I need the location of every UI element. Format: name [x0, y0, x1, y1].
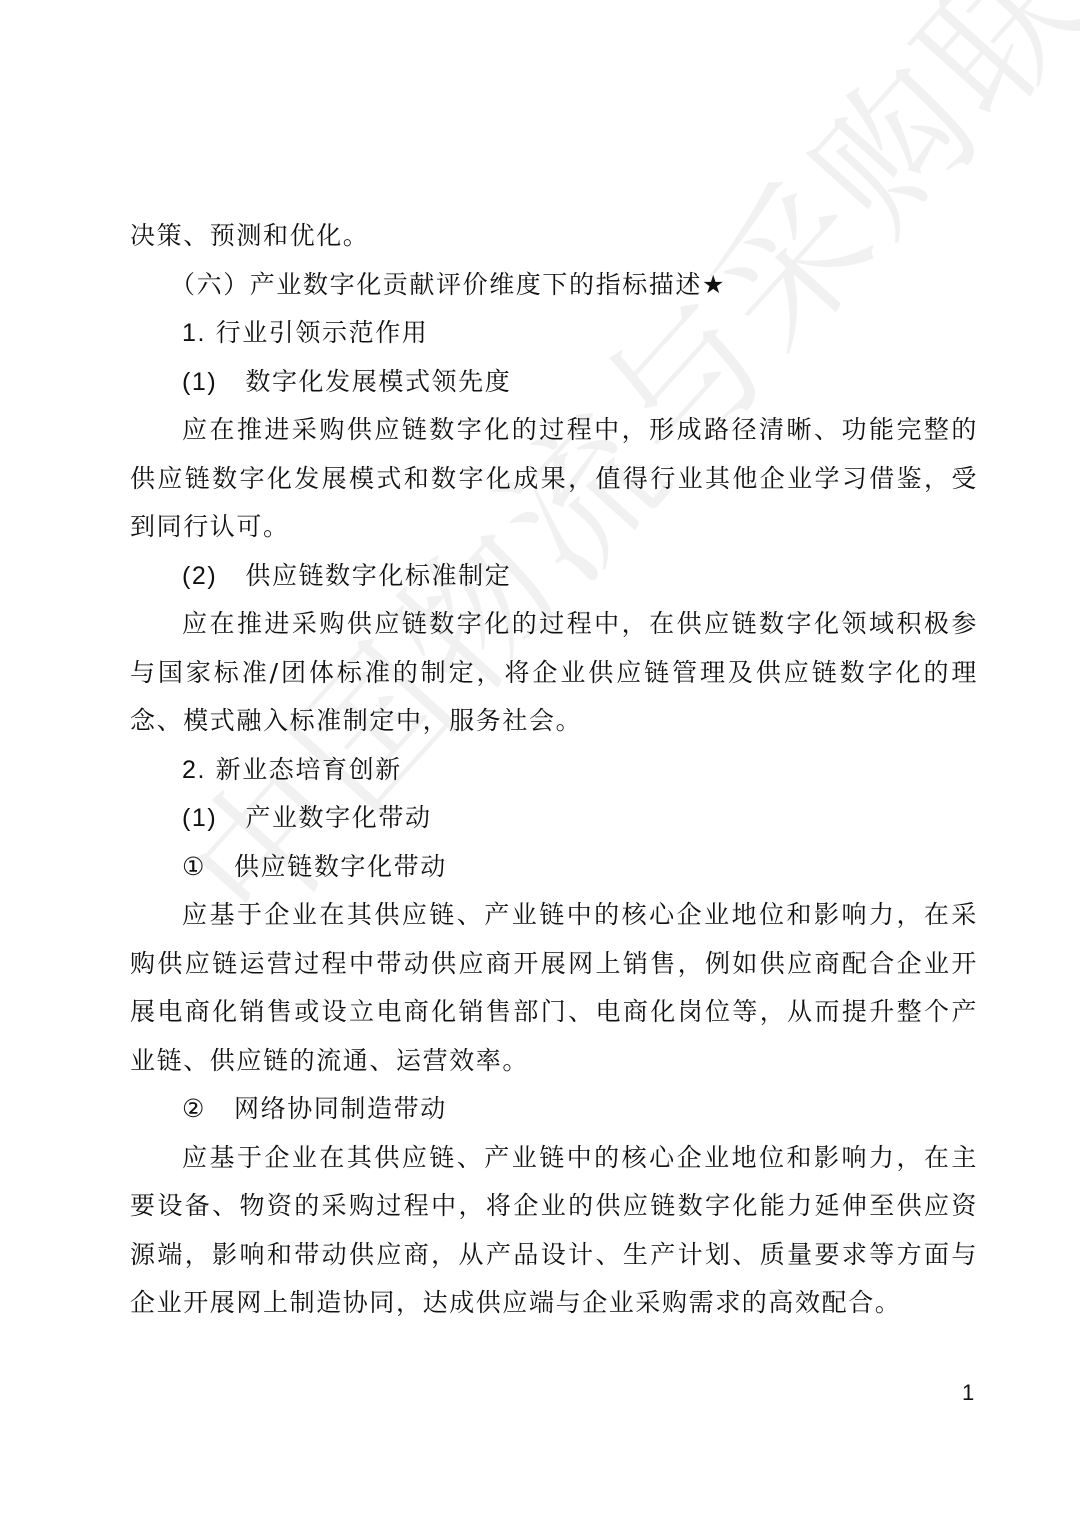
heading-level-3: ②网络协同制造带动 [130, 1085, 978, 1134]
heading-level-1: 1. 行业引领示范作用 [130, 309, 978, 358]
heading-number: ② [182, 1085, 206, 1134]
heading-number: (1) [182, 794, 217, 843]
heading-number: (2) [182, 552, 217, 601]
heading-number: 2. [182, 756, 206, 784]
heading-title: 网络协同制造带动 [234, 1094, 447, 1123]
heading-title: 供应链数字化标准制定 [245, 561, 511, 590]
body-paragraph: 应在推进采购供应链数字化的过程中，在供应链数字化领域积极参与国家标准/团体标准的… [130, 600, 978, 746]
paragraph-continuation: 决策、预测和优化。 [130, 212, 978, 261]
body-paragraph: 应基于企业在其供应链、产业链中的核心企业地位和影响力，在主要设备、物资的采购过程… [130, 1134, 978, 1328]
heading-title: 数字化发展模式领先度 [245, 367, 511, 396]
heading-level-3: ①供应链数字化带动 [130, 843, 978, 892]
heading-title: 产业数字化带动 [245, 803, 431, 832]
heading-level-2: (1)数字化发展模式领先度 [130, 358, 978, 407]
document-page: 中国物流与采购联合会 决策、预测和优化。 （六）产业数字化贡献评价维度下的指标描… [0, 0, 1080, 1527]
heading-number: 1. [182, 319, 206, 347]
heading-level-2: (2)供应链数字化标准制定 [130, 552, 978, 601]
body-paragraph: 应在推进采购供应链数字化的过程中，形成路径清晰、功能完整的供应链数字化发展模式和… [130, 406, 978, 552]
heading-level-2: (1)产业数字化带动 [130, 794, 978, 843]
heading-number: ① [182, 843, 206, 892]
section-heading: （六）产业数字化贡献评价维度下的指标描述★ [130, 261, 978, 310]
heading-title: 行业引领示范作用 [216, 318, 429, 347]
heading-title: 新业态培育创新 [216, 755, 402, 784]
heading-title: 供应链数字化带动 [234, 852, 447, 881]
body-paragraph: 应基于企业在其供应链、产业链中的核心企业地位和影响力，在采购供应链运营过程中带动… [130, 891, 978, 1085]
heading-number: (1) [182, 358, 217, 407]
page-content: 决策、预测和优化。 （六）产业数字化贡献评价维度下的指标描述★ 1. 行业引领示… [130, 212, 978, 1328]
heading-level-1: 2. 新业态培育创新 [130, 746, 978, 795]
page-number: 1 [962, 1380, 974, 1406]
